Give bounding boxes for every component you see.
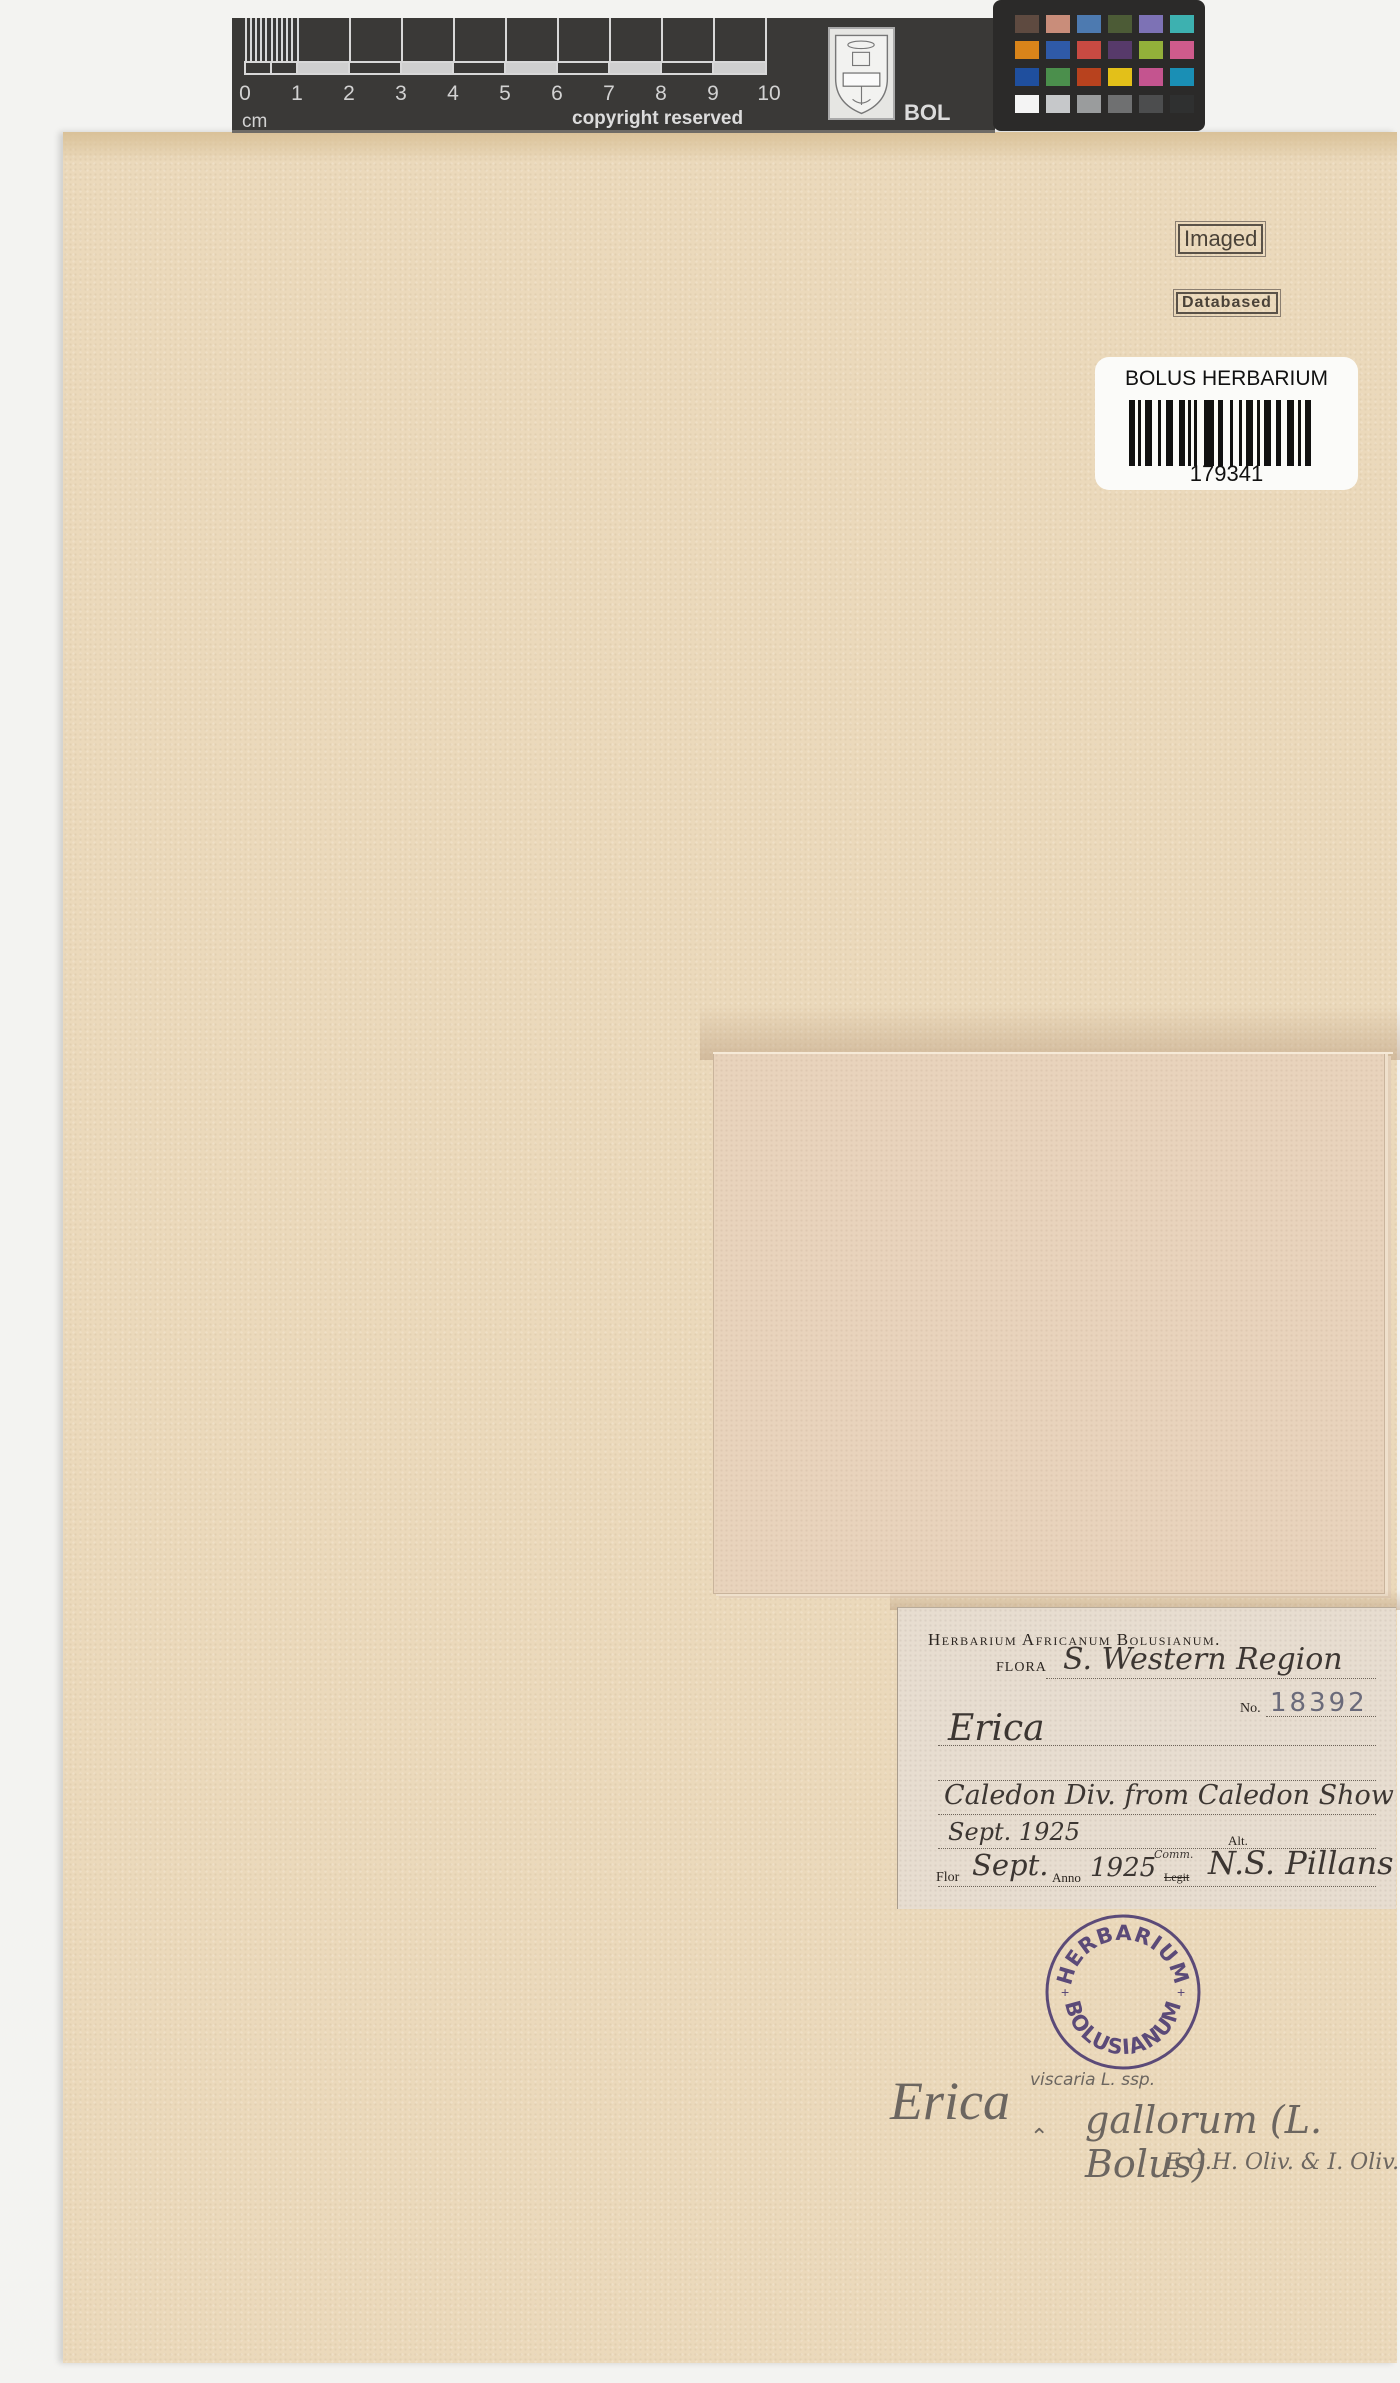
- color-patch: [1108, 41, 1132, 59]
- cm-tick: [401, 18, 403, 61]
- mm-tick: [265, 18, 267, 61]
- color-patch: [1108, 68, 1132, 86]
- comm-annotation: Comm.: [1154, 1848, 1193, 1861]
- cm-tick: [453, 18, 455, 61]
- color-patch: [1015, 41, 1039, 59]
- color-patch: [1046, 95, 1070, 113]
- tick-label: 8: [646, 82, 676, 106]
- packet-flap-edge: [713, 1052, 1393, 1066]
- locality: Caledon Div. from Caledon Show: [944, 1780, 1394, 1811]
- determiner: E.G.H. Oliv. & I. Oliv.: [1165, 2150, 1399, 2175]
- scale-bar: [556, 61, 610, 75]
- determination-genus: Erica: [890, 2070, 1010, 2132]
- dotted-line: [938, 1745, 1376, 1746]
- color-checker-card: [993, 0, 1205, 131]
- university-crest-icon: [828, 27, 895, 120]
- mm-tick: [286, 18, 288, 61]
- color-patch: [1015, 95, 1039, 113]
- dotted-line: [1046, 1678, 1376, 1679]
- flora-label: FLORA: [996, 1660, 1047, 1676]
- stamp-star-icon: +: [1177, 1984, 1185, 2000]
- barcode-title: BOLUS HERBARIUM: [1095, 367, 1358, 391]
- fragment-packet: [713, 1052, 1385, 1594]
- databased-stamp: Databased: [1176, 292, 1278, 314]
- color-patch: [1108, 95, 1132, 113]
- color-patch: [1077, 68, 1101, 86]
- ruler-unit-label: cm: [242, 111, 267, 133]
- genus-name: Erica: [948, 1708, 1045, 1749]
- flowering-month: Sept.: [972, 1848, 1048, 1882]
- number-label: No.: [1240, 1701, 1261, 1717]
- anno-label: Anno: [1052, 1870, 1081, 1886]
- barcode-label: BOLUS HERBARIUM 179341: [1095, 357, 1358, 490]
- cm-tick: [349, 18, 351, 61]
- stamp-top-text: HERBARIUM: [1052, 1921, 1193, 1988]
- color-patch: [1046, 15, 1070, 33]
- imaged-stamp: Imaged: [1178, 224, 1263, 254]
- scale-bar: [244, 61, 272, 75]
- mm-tick: [271, 18, 273, 61]
- copyright-text: copyright reserved: [572, 108, 743, 130]
- svg-text:BOLUSIANUM: BOLUSIANUM: [1060, 1997, 1186, 2059]
- color-patch: [1015, 15, 1039, 33]
- cm-tick: [713, 18, 715, 61]
- tick-label: 1: [282, 82, 312, 106]
- collection-number: 18392: [1270, 1688, 1368, 1718]
- herbarium-round-stamp: HERBARIUM BOLUSIANUM + +: [1043, 1912, 1203, 2072]
- color-patch: [1077, 15, 1101, 33]
- mm-tick: [276, 18, 278, 61]
- tick-label: 7: [594, 82, 624, 106]
- insertion-caret-icon: ⌃: [1030, 2125, 1048, 2150]
- cm-tick: [765, 18, 767, 61]
- color-patch: [1046, 68, 1070, 86]
- color-patch: [1170, 68, 1194, 86]
- scale-ruler: 0 1 2 3 4 5 6 7 8 9 10 cm copyright rese…: [232, 18, 995, 133]
- color-patch: [1139, 68, 1163, 86]
- flora-value: S. Western Region: [1063, 1642, 1343, 1677]
- stamp-star-icon: +: [1061, 1984, 1069, 2000]
- tick-label: 3: [386, 82, 416, 106]
- mm-tick: [245, 18, 247, 61]
- mm-tick: [260, 18, 262, 61]
- color-patch: [1139, 41, 1163, 59]
- tick-label: 0: [230, 82, 260, 106]
- dotted-line: [938, 1886, 1376, 1887]
- determination-species-insertion: viscaria L. ssp.: [1030, 2070, 1155, 2090]
- color-patch: [1046, 41, 1070, 59]
- tick-label: 9: [698, 82, 728, 106]
- mm-tick: [250, 18, 252, 61]
- tick-label: 4: [438, 82, 468, 106]
- scale-bar: [712, 61, 767, 75]
- scale-bar: [504, 61, 558, 75]
- svg-text:HERBARIUM: HERBARIUM: [1052, 1921, 1193, 1988]
- legit-label: Legit: [1164, 1870, 1189, 1885]
- dotted-line: [938, 1814, 1376, 1815]
- color-patch: [1077, 41, 1101, 59]
- institution-code: BOL: [904, 100, 950, 126]
- specimen-label: Herbarium Africanum Bolusianum. FLORA S.…: [897, 1607, 1396, 1909]
- color-patch: [1170, 41, 1194, 59]
- color-patch: [1170, 15, 1194, 33]
- cm-tick: [505, 18, 507, 61]
- color-patch: [1077, 95, 1101, 113]
- anno-value: 1925: [1090, 1853, 1156, 1883]
- scale-bar: [270, 61, 298, 75]
- stamp-bottom-text: BOLUSIANUM: [1060, 1997, 1186, 2059]
- scale-bar: [400, 61, 454, 75]
- color-patch: [1015, 68, 1039, 86]
- tick-label: 5: [490, 82, 520, 106]
- mm-tick: [281, 18, 283, 61]
- scale-bar: [660, 61, 714, 75]
- scale-bar: [296, 61, 350, 75]
- color-patch: [1170, 95, 1194, 113]
- tick-label: 6: [542, 82, 572, 106]
- barcode-icon: [1129, 400, 1319, 466]
- catalog-number: 179341: [1095, 461, 1358, 487]
- mm-tick: [255, 18, 257, 61]
- mm-tick: [291, 18, 293, 61]
- cm-tick: [609, 18, 611, 61]
- color-patch: [1139, 95, 1163, 113]
- sheet-top-shadow: [63, 132, 1397, 162]
- cm-tick: [557, 18, 559, 61]
- mm-tick: [297, 18, 299, 61]
- color-patch: [1139, 15, 1163, 33]
- scale-bar: [452, 61, 506, 75]
- tick-label: 2: [334, 82, 364, 106]
- scale-bar: [608, 61, 662, 75]
- color-patch: [1108, 15, 1132, 33]
- cm-tick: [661, 18, 663, 61]
- flor-label: Flor: [936, 1870, 959, 1886]
- collector-name: N.S. Pillans: [1208, 1844, 1394, 1882]
- tick-label: 10: [754, 82, 784, 106]
- collection-date: Sept. 1925: [948, 1818, 1080, 1846]
- scale-bar: [348, 61, 402, 75]
